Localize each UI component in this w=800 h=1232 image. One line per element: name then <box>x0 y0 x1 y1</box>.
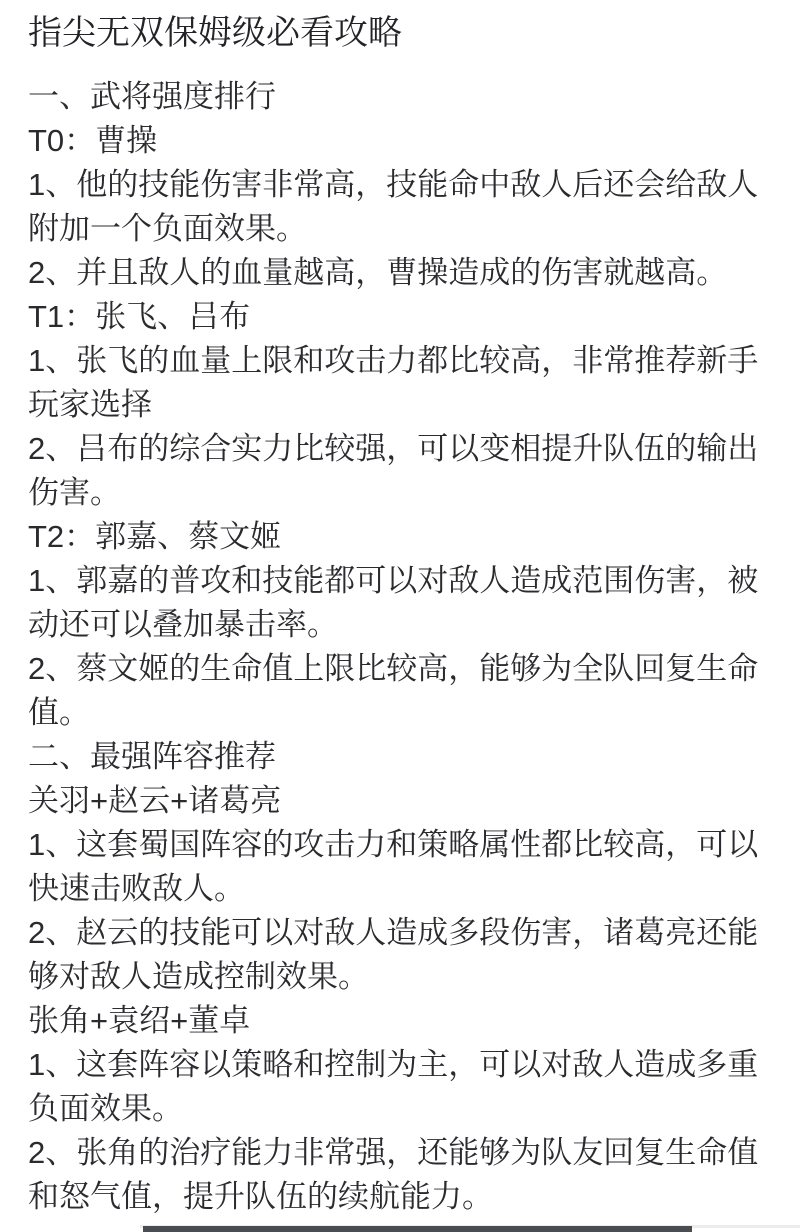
text-line: 够对敌人造成控制效果。 <box>28 955 780 999</box>
article-content: 指尖无双保姆级必看攻略 一、武将强度排行 T0：曹操 1、他的技能伤害非常高，技… <box>28 12 780 1219</box>
text-line: 2、吕布的综合实力比较强，可以变相提升队伍的输出 <box>28 427 780 471</box>
text-line: 玩家选择 <box>28 383 780 427</box>
text-line: 一、武将强度排行 <box>28 75 780 119</box>
text-line: 2、赵云的技能可以对敌人造成多段伤害，诸葛亮还能 <box>28 911 780 955</box>
text-line: T0：曹操 <box>28 119 780 163</box>
text-line: 1、他的技能伤害非常高，技能命中敌人后还会给敌人 <box>28 163 780 207</box>
text-line: 二、最强阵容推荐 <box>28 735 780 779</box>
text-line: T2：郭嘉、蔡文姬 <box>28 515 780 559</box>
text-line: 负面效果。 <box>28 1087 780 1131</box>
text-line: 2、张角的治疗能力非常强，还能够为队友回复生命值 <box>28 1131 780 1175</box>
text-line: 动还可以叠加暴击率。 <box>28 603 780 647</box>
text-line: 值。 <box>28 691 780 735</box>
next-content-cutoff-edge <box>143 1226 692 1232</box>
article-title: 指尖无双保姆级必看攻略 <box>28 12 780 54</box>
text-line: 2、蔡文姬的生命值上限比较高，能够为全队回复生命 <box>28 647 780 691</box>
text-line: 附加一个负面效果。 <box>28 207 780 251</box>
text-line: 1、张飞的血量上限和攻击力都比较高，非常推荐新手 <box>28 339 780 383</box>
text-line: 1、这套阵容以策略和控制为主，可以对敌人造成多重 <box>28 1043 780 1087</box>
text-line: 伤害。 <box>28 471 780 515</box>
text-line: T1：张飞、吕布 <box>28 295 780 339</box>
text-line: 2、并且敌人的血量越高，曹操造成的伤害就越高。 <box>28 251 780 295</box>
text-line: 张角+袁绍+董卓 <box>28 999 780 1043</box>
text-line: 和怒气值，提升队伍的续航能力。 <box>28 1175 780 1219</box>
article-page: 指尖无双保姆级必看攻略 一、武将强度排行 T0：曹操 1、他的技能伤害非常高，技… <box>0 0 800 1232</box>
text-line: 1、郭嘉的普攻和技能都可以对敌人造成范围伤害，被 <box>28 559 780 603</box>
text-line: 关羽+赵云+诸葛亮 <box>28 779 780 823</box>
text-line: 快速击败敌人。 <box>28 867 780 911</box>
text-line: 1、这套蜀国阵容的攻击力和策略属性都比较高，可以 <box>28 823 780 867</box>
